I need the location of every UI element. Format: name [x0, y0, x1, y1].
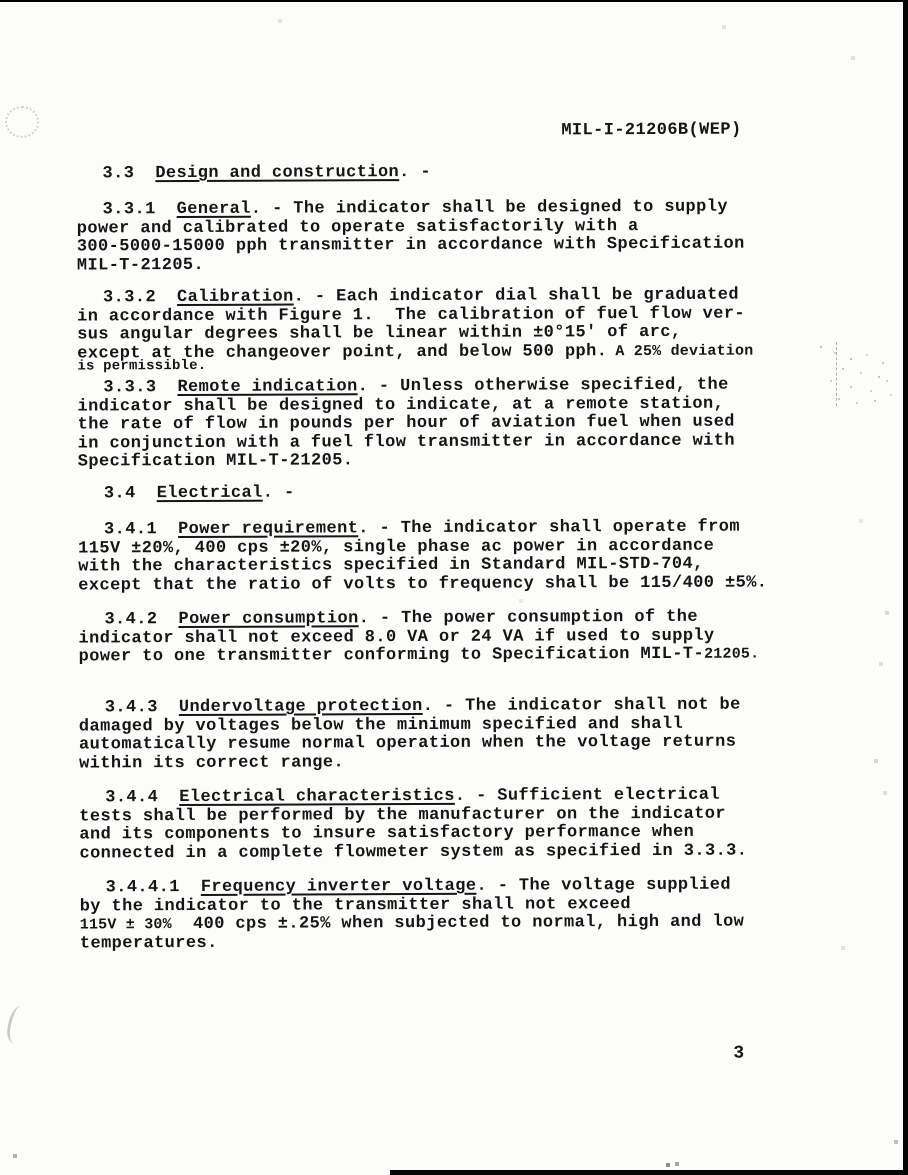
section-tail: . - The indicator shall operate from [358, 518, 740, 539]
section-number: 3.4 [104, 484, 136, 503]
section-title: Remote indication [177, 377, 357, 397]
section-title: General [177, 200, 251, 219]
text-line: temperatures. [80, 932, 800, 954]
body-text: power to one transmitter conforming to S… [79, 645, 705, 667]
text-line: connected in a complete flowmeter system… [79, 842, 799, 864]
text-line: 300-5000-15000 pph transmitter in accord… [77, 236, 797, 258]
section-tail: . - Each indicator dial shall be graduat… [294, 286, 739, 307]
section-number: 3.4.4.1 [106, 878, 180, 897]
section-3-4-3: 3.4.3Undervoltage protection. - The indi… [79, 696, 799, 774]
section-number: 3.4.3 [105, 698, 158, 717]
section-tail: . - [263, 484, 295, 503]
section-title: Undervoltage protection [179, 697, 423, 717]
section-number: 3.3 [102, 164, 134, 183]
section-3-3-heading: 3.3Design and construction. - [76, 162, 796, 184]
section-title: Calibration [177, 288, 294, 308]
section-3-4-4-1: 3.4.4.1Frequency inverter voltage. - The… [80, 876, 800, 954]
section-3-4-2: 3.4.2Power consumption. - The power cons… [78, 608, 798, 667]
section-tail: . - Sufficient electrical [455, 786, 720, 806]
section-tail: . - [399, 163, 431, 182]
section-title: Power consumption [178, 609, 358, 629]
amendment-insert: A 25% deviation [615, 342, 753, 360]
section-3-4-heading: 3.4Electrical. - [78, 482, 798, 504]
section-number: 3.4.2 [104, 610, 157, 629]
section-title: Frequency inverter voltage [201, 877, 477, 897]
page-number: 3 [733, 1044, 744, 1064]
text-line: power to one transmitter conforming to S… [79, 646, 799, 668]
section-tail: . - The indicator shall not be [423, 696, 741, 716]
section-tail: . - Unless otherwise specified, the [358, 376, 729, 397]
section-number: 3.3.3 [103, 378, 156, 397]
section-number: 3.4.4 [105, 788, 158, 807]
section-number: 3.4.1 [104, 520, 157, 539]
text-line: Specification MIL-T-21205. [78, 451, 798, 473]
document-content: MIL-I-21206B(WEP) 3.3Design and construc… [0, 0, 908, 1175]
section-tail: . - The voltage supplied [476, 876, 731, 896]
text-line: 3.4.3Undervoltage protection. - The indi… [79, 696, 799, 718]
amendment-insert: 115V ± 30% [80, 916, 172, 933]
section-tail: . - The power consumption of the [359, 608, 698, 628]
text-line: 115V ± 30% 400 cps ±.25% when subjected … [80, 914, 800, 936]
text-line: 3.3.1General. - The indicator shall be d… [77, 198, 797, 220]
section-number: 3.3.2 [103, 288, 156, 307]
text-line: 3.3Design and construction. - [76, 162, 796, 184]
text-line: 3.4Electrical. - [78, 482, 798, 504]
text-line: within its correct range. [79, 752, 799, 774]
spec-reference: MIL-I-21206B(WEP) [561, 121, 741, 141]
text-line: in conjunction with a fuel flow transmit… [78, 432, 798, 454]
section-3-3-1: 3.3.1General. - The indicator shall be d… [77, 198, 797, 276]
scanned-spec-page: MIL-I-21206B(WEP) 3.3Design and construc… [0, 0, 908, 1175]
section-title: Electrical characteristics [179, 787, 455, 807]
text-line: automatically resume normal operation wh… [79, 734, 799, 756]
section-3-4-1: 3.4.1Power requirement. - The indicator … [78, 518, 798, 596]
body-text: 400 cps ±.25% when subjected to normal, … [172, 913, 745, 934]
section-number: 3.3.1 [103, 200, 156, 219]
section-3-4-4: 3.4.4Electrical characteristics. - Suffi… [79, 786, 799, 864]
section-3-3-3: 3.3.3Remote indication. - Unless otherwi… [77, 376, 797, 472]
text-line: MIL-T-21205. [77, 254, 797, 276]
section-title: Power requirement [178, 519, 358, 539]
section-title: Design and construction [155, 163, 399, 183]
amendment-insert: 21205. [704, 646, 759, 663]
text-line: except that the ratio of volts to freque… [78, 574, 798, 596]
text-line: 3.4.4.1Frequency inverter voltage. - The… [80, 876, 800, 898]
section-tail: . - The indicator shall be designed to s… [251, 198, 728, 219]
section-title: Electrical [157, 484, 263, 503]
section-3-3-2: 3.3.2Calibration. - Each indicator dial … [77, 286, 797, 374]
